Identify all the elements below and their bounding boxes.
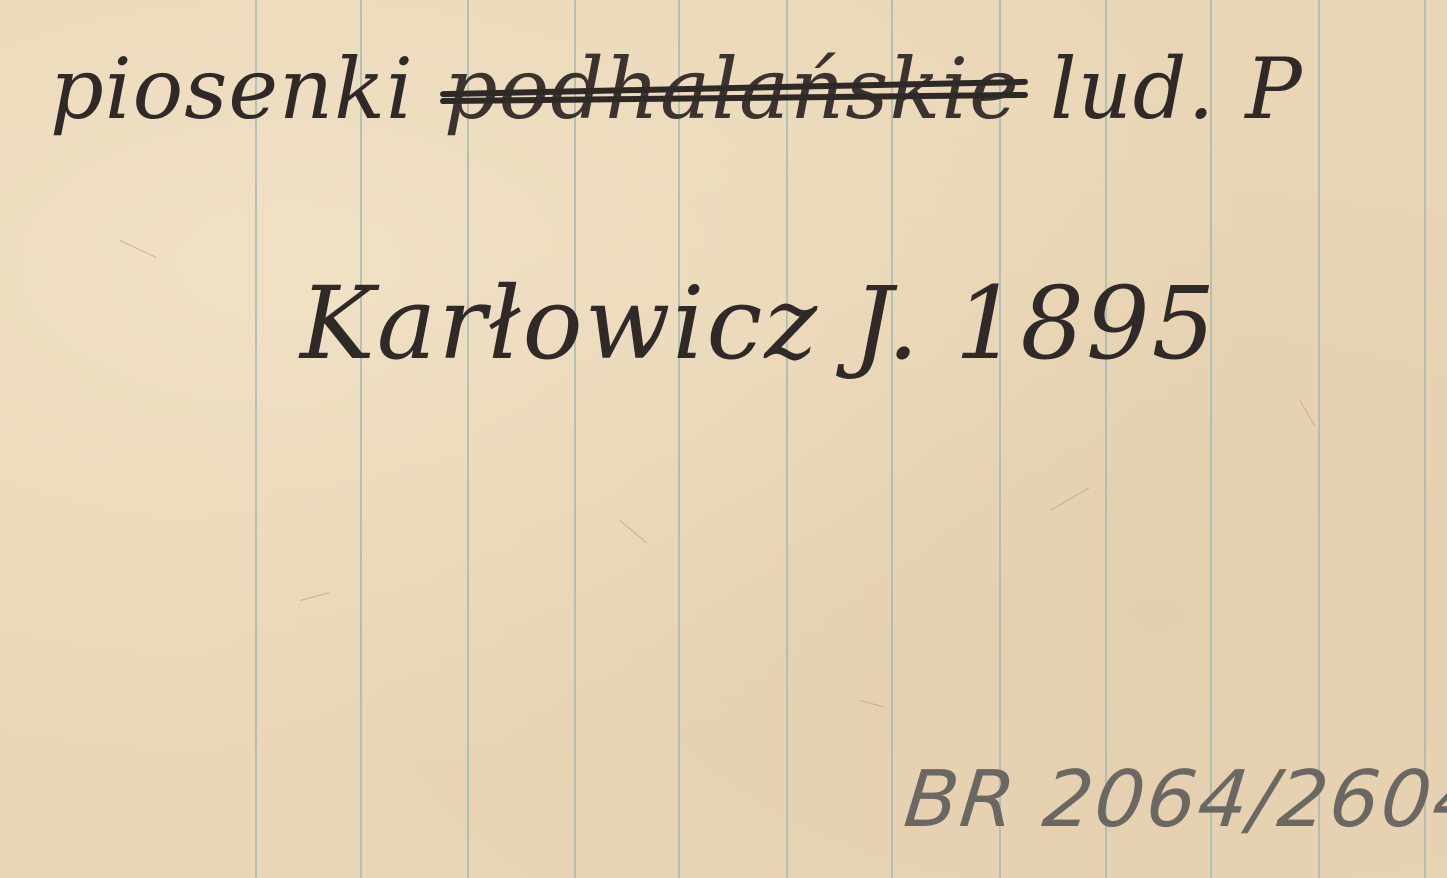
call-number: BR 2064/2604 — [900, 755, 1447, 845]
paper-fiber — [120, 240, 157, 258]
title-word-lud: lud. — [1050, 40, 1215, 138]
index-card: piosenkipodhalańskielud.P Karłowicz J. 1… — [0, 0, 1447, 878]
title-line: piosenkipodhalańskielud.P — [50, 40, 1303, 138]
author-line: Karłowicz J. 1895 — [300, 265, 1217, 382]
paper-fiber — [1300, 400, 1316, 426]
vertical-rule — [1424, 0, 1426, 878]
title-word-p: P — [1245, 40, 1303, 138]
paper-fiber — [1050, 488, 1089, 511]
paper-fiber — [300, 592, 329, 601]
paper-fiber — [860, 700, 884, 707]
title-word-piosenki: piosenki — [50, 40, 414, 138]
paper-fiber — [620, 520, 647, 543]
struck-out-word: podhalańskie — [444, 40, 1020, 138]
vertical-rule — [1318, 0, 1320, 878]
